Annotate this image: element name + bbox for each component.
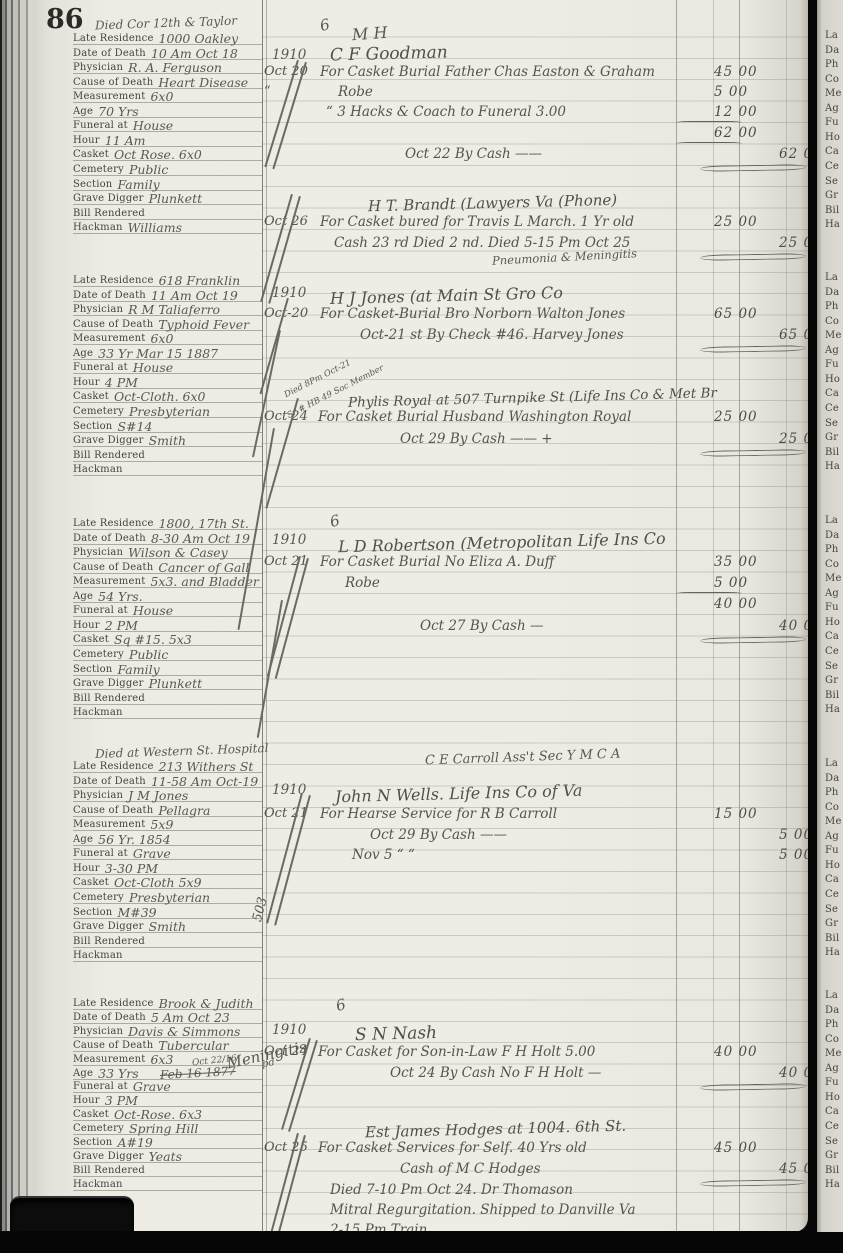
next-page-form-label: Me bbox=[825, 330, 842, 341]
ledger-line: Oct 26For Casket bured for Travis L Marc… bbox=[262, 214, 808, 234]
next-page-form-label: Ag bbox=[825, 588, 839, 599]
paid-amount: 45 00 bbox=[779, 1161, 808, 1177]
next-page-form-label: Gr bbox=[825, 918, 838, 929]
ledger-line: “Robe5 00 bbox=[262, 84, 808, 104]
next-page-form-label: Me bbox=[825, 573, 842, 584]
ledger-description: For Casket for Son-in-Law F H Holt 5.00 bbox=[318, 1044, 595, 1060]
annotation: M H bbox=[351, 23, 388, 44]
ledger-description: Mitral Regurgitation. Shipped to Danvill… bbox=[330, 1202, 636, 1218]
next-page-form-label: Ph bbox=[825, 1019, 839, 1030]
charge-underline bbox=[676, 121, 742, 124]
next-page-form-label: Bil bbox=[825, 1165, 839, 1176]
next-page-form-label: Ce bbox=[825, 889, 839, 900]
next-page-form-label: Fu bbox=[825, 602, 839, 613]
form-label: Hackman bbox=[73, 1179, 123, 1190]
ledger-description: Robe bbox=[345, 575, 380, 591]
paid-amount: 62 00 bbox=[779, 146, 808, 162]
paid-amount: 40 00 bbox=[779, 1065, 808, 1081]
table-shadow-band bbox=[0, 1231, 843, 1253]
ledger-description: Oct-21 st By Check #46. Harvey Jones bbox=[360, 327, 624, 343]
form-row: HackmanWilliams bbox=[73, 217, 263, 234]
next-page-form-label: Ha bbox=[825, 461, 840, 472]
next-page-form-label: Se bbox=[825, 904, 838, 915]
ledger-line: Oct 21For Casket Burial No Eliza A. Duff… bbox=[262, 554, 808, 574]
entry-year: 1910 bbox=[272, 1022, 306, 1038]
next-page-form-label: Me bbox=[825, 816, 842, 827]
next-page-form-label: Ho bbox=[825, 374, 840, 385]
entry-year: 1910 bbox=[272, 532, 306, 548]
next-page-form-label: Ag bbox=[825, 345, 839, 356]
entry-name: S N Nash bbox=[355, 1023, 438, 1045]
ledger-date: Oct 21 bbox=[264, 554, 308, 569]
form-row: Hackman bbox=[73, 945, 263, 962]
next-page-form-label: Co bbox=[825, 802, 839, 813]
next-page-form-label: Ce bbox=[825, 161, 839, 172]
next-page-form-label: Ha bbox=[825, 704, 840, 715]
ledger-description: Cash of M C Hodges bbox=[400, 1161, 541, 1177]
next-page-form-label: Da bbox=[825, 1005, 839, 1016]
next-page-form-label: Se bbox=[825, 418, 838, 429]
next-page-form-label: Ag bbox=[825, 831, 839, 842]
charge-amount: 35 00 bbox=[714, 554, 774, 570]
paid-amount: 40 00 bbox=[779, 618, 808, 634]
next-page-form-label: Gr bbox=[825, 675, 838, 686]
ledger-line: Nov 5 “ “5 00 bbox=[262, 847, 808, 867]
ledger-date: Oct 21 bbox=[264, 806, 308, 821]
annotation: pd bbox=[261, 1057, 276, 1070]
ledger-line: Oct 21For Hearse Service for R B Carroll… bbox=[262, 806, 808, 826]
charge-amount: 15 00 bbox=[714, 806, 774, 822]
next-page-form-label: La bbox=[825, 758, 838, 769]
ledger-line: Oct 29 By Cash ——5 00 bbox=[262, 827, 808, 847]
charge-amount: 25 00 bbox=[714, 214, 774, 230]
ledger-line: Oct 20For Casket Burial Father Chas East… bbox=[262, 64, 808, 84]
ledger-line: Oct 24For Casket Burial Husband Washingt… bbox=[262, 409, 808, 429]
next-page-form-label: Ha bbox=[825, 1179, 840, 1190]
book-page-stack-edge bbox=[0, 0, 34, 1253]
ledger-date: Oct-20 bbox=[264, 306, 308, 321]
ledger-description: Robe bbox=[338, 84, 373, 100]
next-page-form-label: Se bbox=[825, 661, 838, 672]
paid-amount: 25 00 bbox=[779, 235, 808, 251]
next-page-form-label: Gr bbox=[825, 190, 838, 201]
form-label: Hackman bbox=[73, 950, 123, 961]
form-row: Hackman bbox=[73, 1174, 263, 1191]
next-page-form-label: Ho bbox=[825, 1092, 840, 1103]
next-page-form-label: Bil bbox=[825, 447, 839, 458]
next-page-sliver: LaDaPhCoMeAgFuHoCaCeSeGrBilHaLaDaPhCoMeA… bbox=[817, 0, 843, 1232]
next-page-form-label: Me bbox=[825, 1048, 842, 1059]
next-page-form-label: Da bbox=[825, 45, 839, 56]
next-page-form-label: La bbox=[825, 990, 838, 1001]
ledger-description: For Casket Services for Self. 40 Yrs old bbox=[318, 1140, 587, 1156]
next-page-form-label: Ph bbox=[825, 544, 839, 555]
ledger-description: For Casket Burial Husband Washington Roy… bbox=[318, 409, 631, 425]
next-page-form-label: Ag bbox=[825, 1063, 839, 1074]
ledger-line: 40 00 bbox=[262, 596, 808, 616]
ledger-line: Oct 29 By Cash —— +25 00 bbox=[262, 431, 808, 451]
next-page-form-label: Ha bbox=[825, 947, 840, 958]
next-page-form-label: Bil bbox=[825, 933, 839, 944]
charge-underline bbox=[676, 142, 742, 145]
charge-amount: 25 00 bbox=[714, 409, 774, 425]
ledger-line: Oct 24For Casket for Son-in-Law F H Holt… bbox=[262, 1044, 808, 1064]
form-label: Hackman bbox=[73, 464, 123, 475]
entry-year: 1910 bbox=[272, 285, 306, 301]
next-page-form-label: Ce bbox=[825, 646, 839, 657]
next-page-form-label: Da bbox=[825, 773, 839, 784]
paid-amount: 65 00 bbox=[779, 327, 808, 343]
next-page-form-label: Ph bbox=[825, 787, 839, 798]
next-page-form-label: Ca bbox=[825, 146, 839, 157]
next-page-form-label: Se bbox=[825, 1136, 838, 1147]
ledger-description: Oct 27 By Cash — bbox=[420, 618, 543, 634]
form-value: Williams bbox=[128, 222, 182, 233]
ledger-description: Died 7-10 Pm Oct 24. Dr Thomason bbox=[330, 1182, 573, 1198]
next-page-form-label: Ho bbox=[825, 860, 840, 871]
next-page-form-label: Ce bbox=[825, 403, 839, 414]
charge-amount: 62 00 bbox=[714, 125, 774, 141]
next-page-form-label: Gr bbox=[825, 1150, 838, 1161]
ledger-description: For Casket bured for Travis L March. 1 Y… bbox=[320, 214, 634, 230]
next-page-form-label: Ho bbox=[825, 617, 840, 628]
next-page-form-label: Co bbox=[825, 559, 839, 570]
ledger-line: Oct 25For Casket Services for Self. 40 Y… bbox=[262, 1140, 808, 1160]
next-page-form-label: Ca bbox=[825, 631, 839, 642]
form-label: Hackman bbox=[73, 222, 123, 233]
ledger-line: Oct 24 By Cash No F H Holt —40 00 bbox=[262, 1065, 808, 1085]
entry-year: 1910 bbox=[272, 47, 306, 63]
next-page-form-label: Fu bbox=[825, 1077, 839, 1088]
charge-amount: 45 00 bbox=[714, 64, 774, 80]
next-page-form-label: Bil bbox=[825, 690, 839, 701]
ledger-photograph: 86 Died Cor 12th & TaylorLate Residence1… bbox=[0, 0, 843, 1253]
form-row: Hackman bbox=[73, 702, 263, 719]
next-page-form-label: Fu bbox=[825, 359, 839, 370]
paid-amount: 5 00 bbox=[779, 847, 808, 863]
form-row: Hackman bbox=[73, 459, 263, 476]
ledger-description: For Hearse Service for R B Carroll bbox=[320, 806, 557, 822]
ledger-description: Oct 24 By Cash No F H Holt — bbox=[390, 1065, 601, 1081]
next-page-form-label: Fu bbox=[825, 845, 839, 856]
ledger-description: For Casket Burial Father Chas Easton & G… bbox=[320, 64, 655, 80]
next-page-form-label: Co bbox=[825, 1034, 839, 1045]
next-page-form-label: Me bbox=[825, 88, 842, 99]
next-page-form-label: Ag bbox=[825, 103, 839, 114]
charge-amount: 12 00 bbox=[714, 104, 774, 120]
ledger-description: Oct 22 By Cash —— bbox=[405, 146, 542, 162]
ledger-line: Died 7-10 Pm Oct 24. Dr Thomason bbox=[262, 1182, 808, 1202]
charge-amount: 45 00 bbox=[714, 1140, 774, 1156]
next-page-form-label: Ho bbox=[825, 132, 840, 143]
charge-amount: 65 00 bbox=[714, 306, 774, 322]
paid-amount: 5 00 bbox=[779, 827, 808, 843]
ledger-date: “ bbox=[264, 84, 271, 99]
next-page-form-label: Bil bbox=[825, 205, 839, 216]
next-page-form-label: Ca bbox=[825, 1106, 839, 1117]
next-page-form-label: Ca bbox=[825, 388, 839, 399]
ledger-line: Oct-21 st By Check #46. Harvey Jones65 0… bbox=[262, 327, 808, 347]
next-page-form-label: Ph bbox=[825, 59, 839, 70]
ledger-line: Oct 27 By Cash —40 00 bbox=[262, 618, 808, 638]
ledger-description: Oct 29 By Cash —— bbox=[370, 827, 507, 843]
next-page-form-label: Ha bbox=[825, 219, 840, 230]
next-page-form-label: La bbox=[825, 515, 838, 526]
charge-amount: 40 00 bbox=[714, 596, 774, 612]
ledger-description: Nov 5 “ “ bbox=[352, 847, 415, 863]
paid-amount: 25 00 bbox=[779, 431, 808, 447]
next-page-form-label: Co bbox=[825, 74, 839, 85]
next-page-form-label: Co bbox=[825, 316, 839, 327]
next-page-form-label: Fu bbox=[825, 117, 839, 128]
ledger-line: Oct 22 By Cash ——62 00 bbox=[262, 146, 808, 166]
charge-underline bbox=[676, 592, 742, 595]
ledger-description: “ 3 Hacks & Coach to Funeral 3.00 bbox=[326, 104, 566, 120]
next-page-form-label: Gr bbox=[825, 432, 838, 443]
ledger-description: For Casket Burial No Eliza A. Duff bbox=[320, 554, 554, 570]
ledger-description: Oct 29 By Cash —— + bbox=[400, 431, 553, 447]
next-page-form-label: Ce bbox=[825, 1121, 839, 1132]
charge-amount: 40 00 bbox=[714, 1044, 774, 1060]
next-page-form-label: Se bbox=[825, 176, 838, 187]
next-page-form-label: Da bbox=[825, 530, 839, 541]
next-page-form-label: La bbox=[825, 30, 838, 41]
ledger-page: 86 Died Cor 12th & TaylorLate Residence1… bbox=[34, 0, 808, 1232]
charge-amount: 5 00 bbox=[714, 84, 774, 100]
entry-name: C F Goodman bbox=[330, 42, 448, 65]
ledger-line: Mitral Regurgitation. Shipped to Danvill… bbox=[262, 1202, 808, 1222]
next-page-form-label: La bbox=[825, 272, 838, 283]
next-page-form-label: Ca bbox=[825, 874, 839, 885]
form-label: Hackman bbox=[73, 707, 123, 718]
ledger-line: Oct-20For Casket-Burial Bro Norborn Walt… bbox=[262, 306, 808, 326]
next-page-form-label: Ph bbox=[825, 301, 839, 312]
ledger-line: Cash of M C Hodges45 00 bbox=[262, 1161, 808, 1181]
ledger-description: For Casket-Burial Bro Norborn Walton Jon… bbox=[320, 306, 625, 322]
next-page-form-label: Da bbox=[825, 287, 839, 298]
charge-amount: 5 00 bbox=[714, 575, 774, 591]
